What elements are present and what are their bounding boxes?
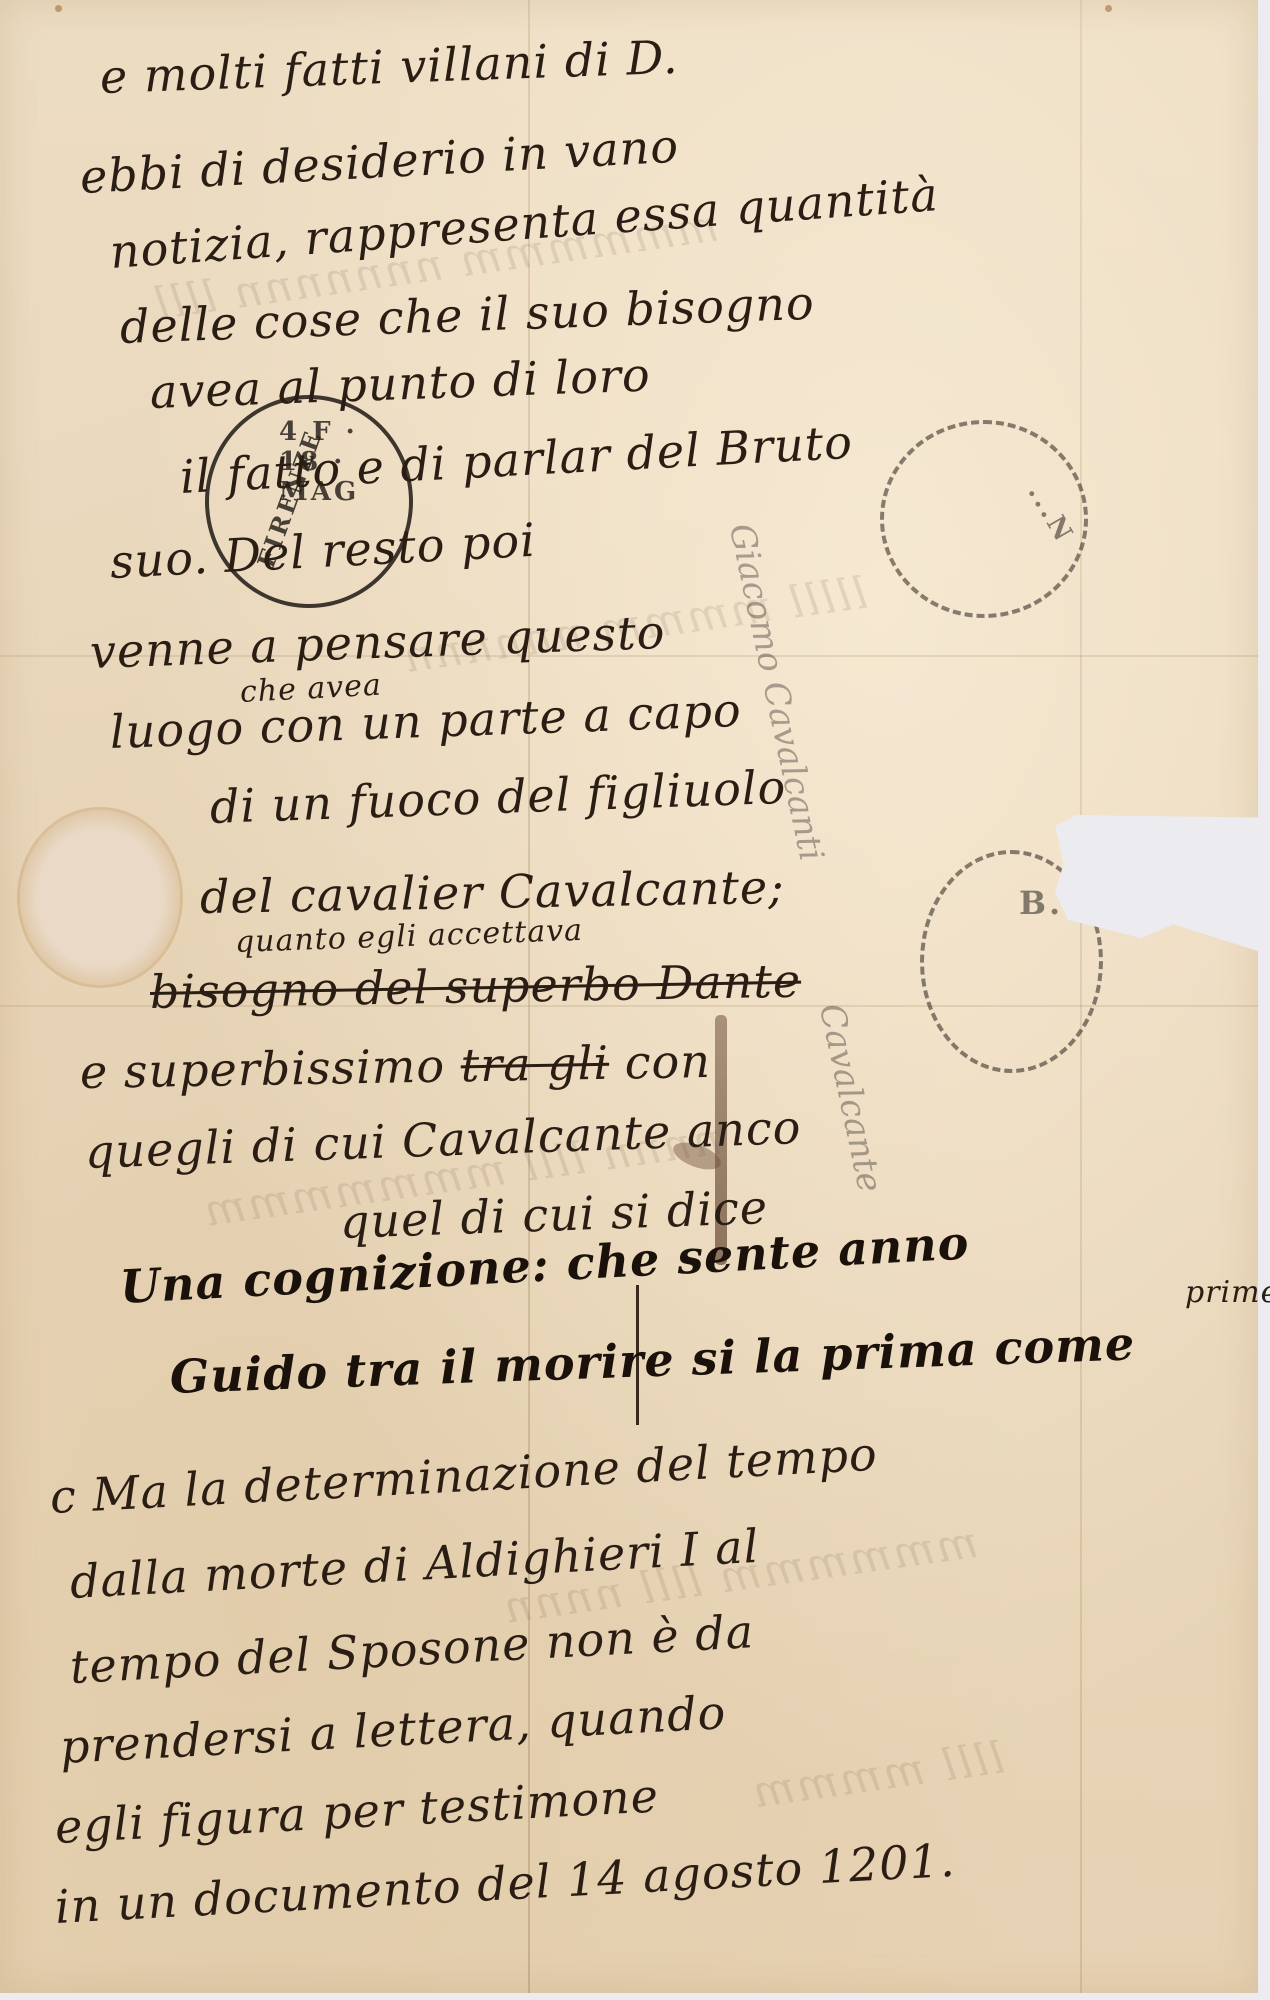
text-line: avea al punto di loro (149, 348, 651, 419)
foxing-spot (55, 5, 62, 12)
text-line: e molti fatti villani di D. (99, 30, 679, 104)
text-line: del cavalier Cavalcante; (200, 860, 785, 924)
struck-text-line: bisogno del superbo Dante (150, 954, 802, 1019)
text-line: e superbissimo tra gli con (80, 1034, 712, 1099)
text-line: luogo con un parte a capo (109, 683, 742, 759)
text-line: Guido tra il morire si la prima come (169, 1316, 1136, 1404)
right-postmark: ...N (880, 420, 1088, 618)
bleed-through-text: llll mmmm (748, 1732, 1008, 1818)
text-line: prendersi a lettera, quando (59, 1685, 728, 1774)
margin-note: prime (1185, 1275, 1270, 1310)
text-line: suo. Del resto poi (109, 513, 538, 589)
pencil-annotation: Cavalcante (811, 1000, 890, 1196)
text-line: in un documento del 14 agosto 1201. (54, 1833, 957, 1934)
foxing-spot (1105, 5, 1112, 12)
text-line: egli figura per testimone (54, 1768, 661, 1854)
wax-seal-stain (20, 810, 180, 985)
text-line: di un fuoco del figliuolo (209, 760, 787, 834)
letter-page: mmmmmm nnnnnnn llll lllll mmmm nnnnnn nn… (0, 0, 1258, 1993)
text-line: c Ma la determinazione del tempo (49, 1427, 879, 1524)
text-line: tempo del Sposone non è da (69, 1604, 756, 1694)
